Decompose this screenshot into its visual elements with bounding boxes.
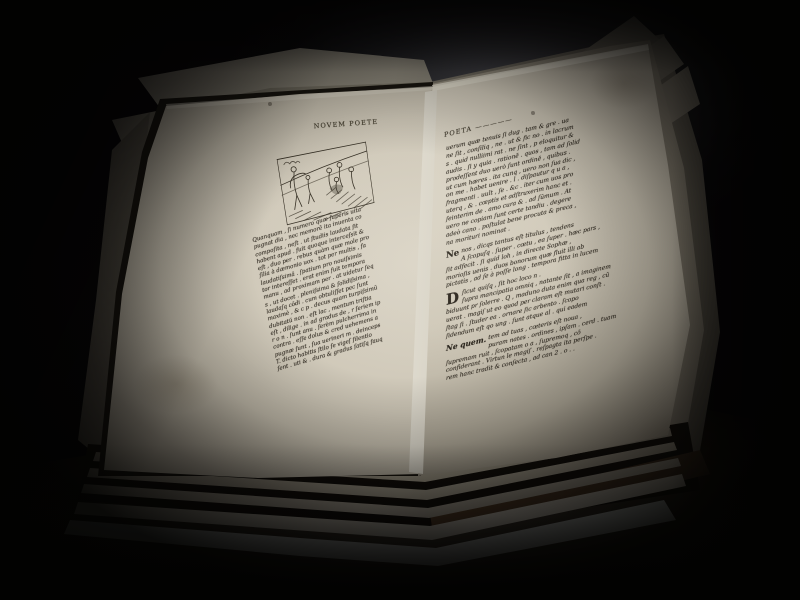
- vignette-overlay: [0, 0, 800, 600]
- photograph-of-antique-book: NOVEM POETE Quanquam , ſi numero quæ ſup…: [0, 0, 800, 600]
